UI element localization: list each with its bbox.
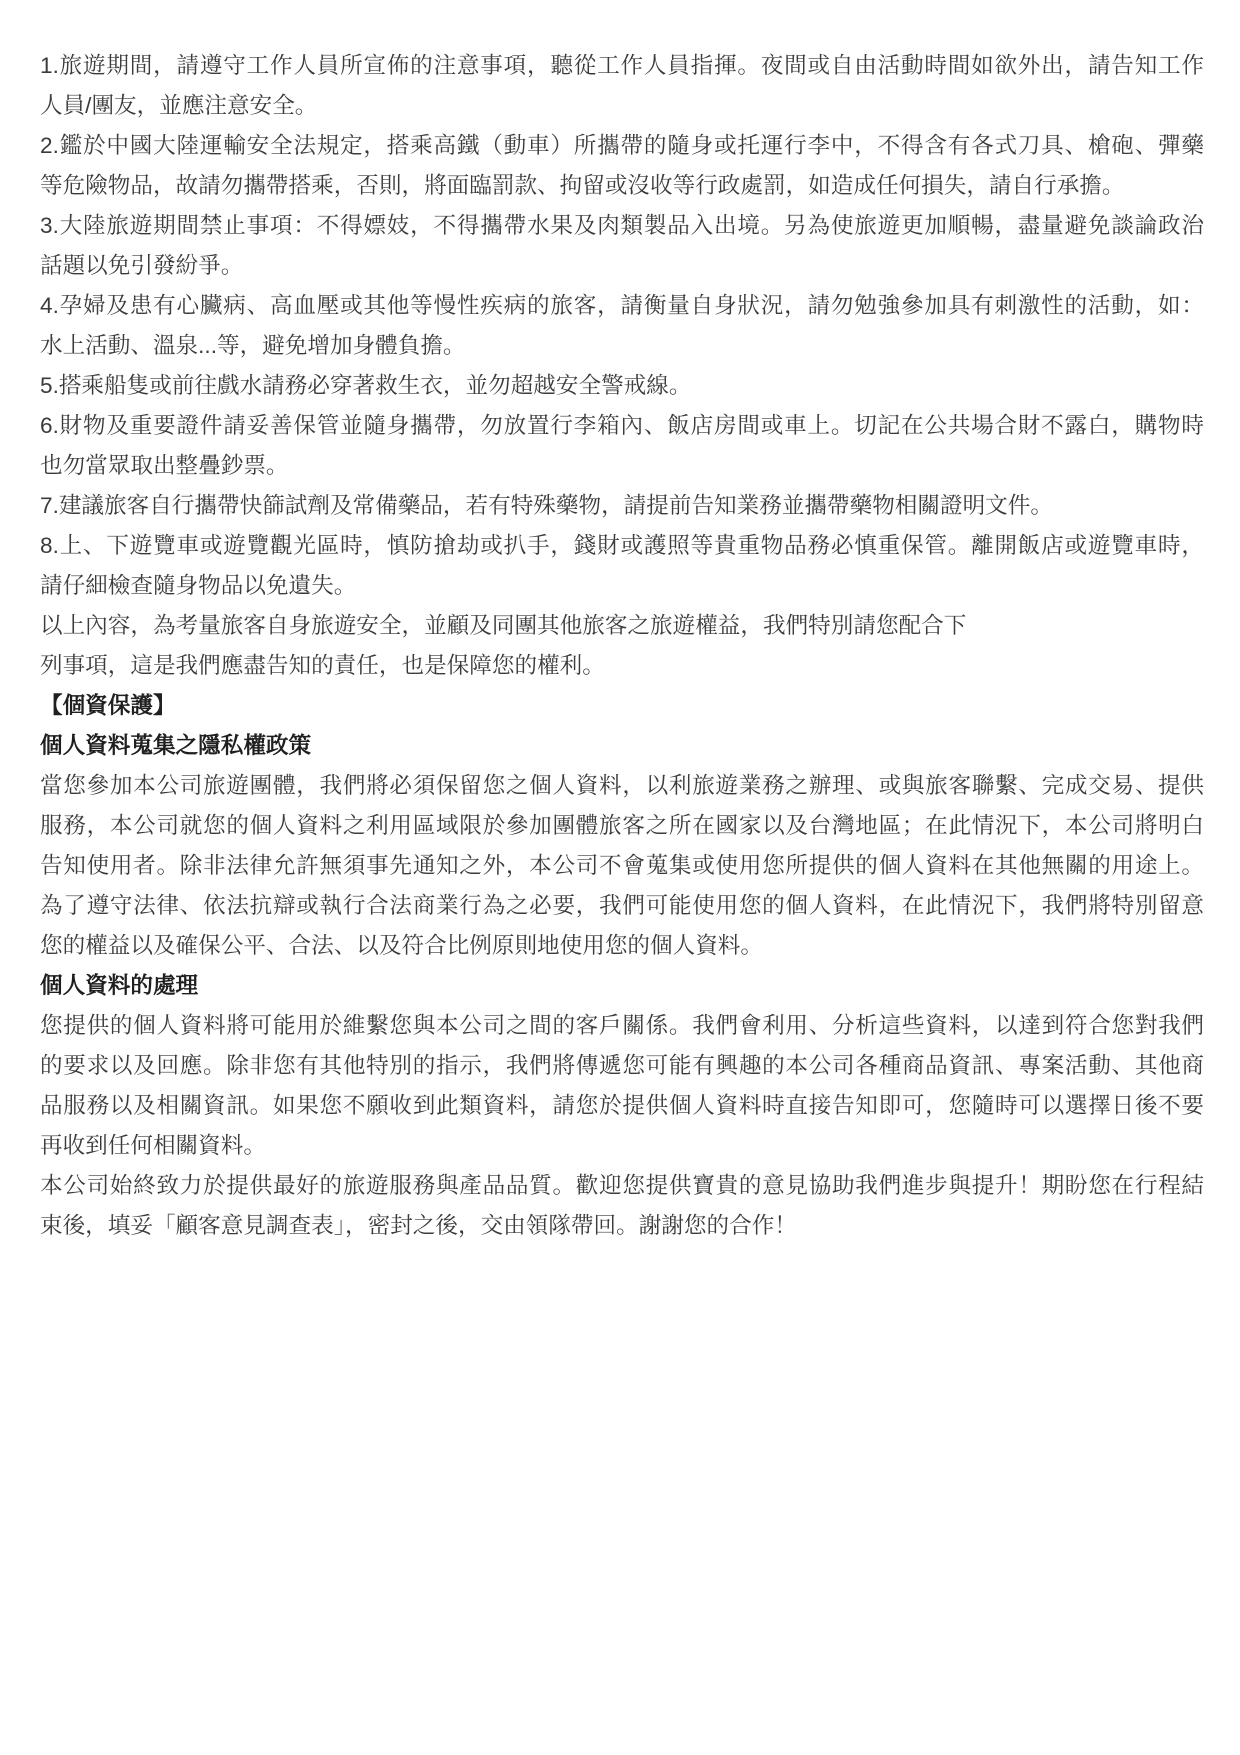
- text-line: 再收到任何相關資料。: [40, 1126, 1204, 1166]
- text-line: 也勿當眾取出整疊鈔票。: [40, 446, 1204, 486]
- text-line: 服務，本公司就您的個人資料之利用區域限於參加團體旅客之所在國家以及台灣地區；在此…: [40, 806, 1204, 846]
- text-line: 為了遵守法律、依法抗辯或執行合法商業行為之必要，我們可能使用您的個人資料，在此情…: [40, 886, 1204, 926]
- text-line: 4.孕婦及患有心臟病、高血壓或其他等慢性疾病的旅客，請衡量自身狀況，請勿勉強參加…: [40, 286, 1204, 326]
- text-line: 人員/團友，並應注意安全。: [40, 86, 1204, 126]
- text-line: 話題以免引發紛爭。: [40, 246, 1204, 286]
- text-line: 3.大陸旅遊期間禁止事項：不得嫖妓，不得攜帶水果及肉類製品入出境。另為使旅遊更加…: [40, 206, 1204, 246]
- section-heading-data-handling: 個人資料的處理: [40, 966, 1204, 1006]
- travel-notice-document: 1.旅遊期間，請遵守工作人員所宣佈的注意事項，聽從工作人員指揮。夜間或自由活動時…: [40, 46, 1204, 1246]
- text-line: 水上活動、溫泉...等，避免增加身體負擔。: [40, 326, 1204, 366]
- text-line: 品服務以及相關資訊。如果您不願收到此類資料，請您於提供個人資料時直接告知即可，您…: [40, 1086, 1204, 1126]
- text-line: 當您參加本公司旅遊團體，我們將必須保留您之個人資料，以利旅遊業務之辦理、或與旅客…: [40, 766, 1204, 806]
- text-line: 等危險物品，故請勿攜帶搭乘，否則，將面臨罰款、拘留或沒收等行政處罰，如造成任何損…: [40, 166, 1204, 206]
- text-line: 您提供的個人資料將可能用於維繫您與本公司之間的客戶關係。我們會利用、分析這些資料…: [40, 1006, 1204, 1046]
- text-line: 5.搭乘船隻或前往戲水請務必穿著救生衣，並勿超越安全警戒線。: [40, 366, 1204, 406]
- section-heading-personal-data-protection: 【個資保護】: [40, 686, 1204, 726]
- text-line: 本公司始終致力於提供最好的旅遊服務與產品品質。歡迎您提供寶貴的意見協助我們進步與…: [40, 1166, 1204, 1206]
- section-heading-privacy-policy: 個人資料蒐集之隱私權政策: [40, 726, 1204, 766]
- text-line: 的要求以及回應。除非您有其他特別的指示，我們將傳遞您可能有興趣的本公司各種商品資…: [40, 1046, 1204, 1086]
- text-line: 您的權益以及確保公平、合法、以及符合比例原則地使用您的個人資料。: [40, 926, 1204, 966]
- text-line: 6.財物及重要證件請妥善保管並隨身攜帶，勿放置行李箱內、飯店房間或車上。切記在公…: [40, 406, 1204, 446]
- text-line: 8.上、下遊覽車或遊覽觀光區時，慎防搶劫或扒手，錢財或護照等貴重物品務必慎重保管…: [40, 526, 1204, 566]
- text-line: 1.旅遊期間，請遵守工作人員所宣佈的注意事項，聽從工作人員指揮。夜間或自由活動時…: [40, 46, 1204, 86]
- text-line: 以上內容，為考量旅客自身旅遊安全，並顧及同團其他旅客之旅遊權益，我們特別請您配合…: [40, 606, 1204, 646]
- text-line: 7.建議旅客自行攜帶快篩試劑及常備藥品，若有特殊藥物，請提前告知業務並攜帶藥物相…: [40, 486, 1204, 526]
- text-line: 請仔細檢查隨身物品以免遺失。: [40, 566, 1204, 606]
- text-line: 列事項，這是我們應盡告知的責任，也是保障您的權利。: [40, 646, 1204, 686]
- text-line: 束後，填妥「顧客意見調查表」，密封之後，交由領隊帶回。謝謝您的合作！: [40, 1206, 1204, 1246]
- text-line: 2.鑑於中國大陸運輸安全法規定，搭乘高鐵（動車）所攜帶的隨身或托運行李中，不得含…: [40, 126, 1204, 166]
- text-line: 告知使用者。除非法律允許無須事先通知之外，本公司不會蒐集或使用您所提供的個人資料…: [40, 846, 1204, 886]
